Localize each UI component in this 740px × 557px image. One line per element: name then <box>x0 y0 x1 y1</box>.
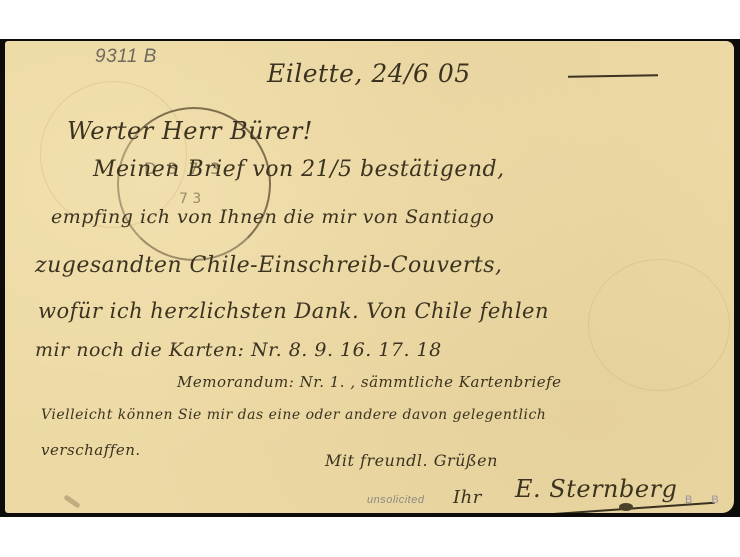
letter-line-2: empfing ich von Ihnen die mir von Santia… <box>51 206 494 228</box>
postmark-text-lower: 7 3 <box>179 191 201 207</box>
place-date: Eilette, 24/6 05 <box>267 59 471 88</box>
letter-line-1: Meinen Brief von 21/5 bestätigend, <box>93 157 505 182</box>
signature: E. Sternberg <box>515 475 677 503</box>
ink-blot <box>619 503 633 511</box>
signature-prefix: Ihr <box>453 487 482 508</box>
letter-line-5: mir noch die Karten: Nr. 8. 9. 16. 17. 1… <box>35 339 442 361</box>
letter-line-6: Memorandum: Nr. 1. , sämmtliche Kartenbr… <box>177 373 562 391</box>
letter-line-8: verschaffen. <box>41 441 141 459</box>
corner-mark: B B <box>685 494 727 506</box>
letter-line-7: Vielleicht können Sie mir das eine oder … <box>41 407 546 423</box>
salutation: Werter Herr Bürer! <box>67 117 313 145</box>
pencil-note: unsolicited <box>367 494 424 506</box>
postcard: D 3 7 3 7 3 9311 B Eilette, 24/6 05 Wert… <box>5 41 734 513</box>
closing: Mit freundl. Grüßen <box>325 451 498 470</box>
letter-line-4: wofür ich herzlichsten Dank. Von Chile f… <box>38 299 549 323</box>
ghost-stamp-impression-right <box>588 259 730 391</box>
date-dash <box>568 74 658 78</box>
lot-number: 9311 B <box>95 46 157 68</box>
stain <box>63 494 81 508</box>
letter-line-3: zugesandten Chile-Einschreib-Couverts, <box>35 253 503 278</box>
